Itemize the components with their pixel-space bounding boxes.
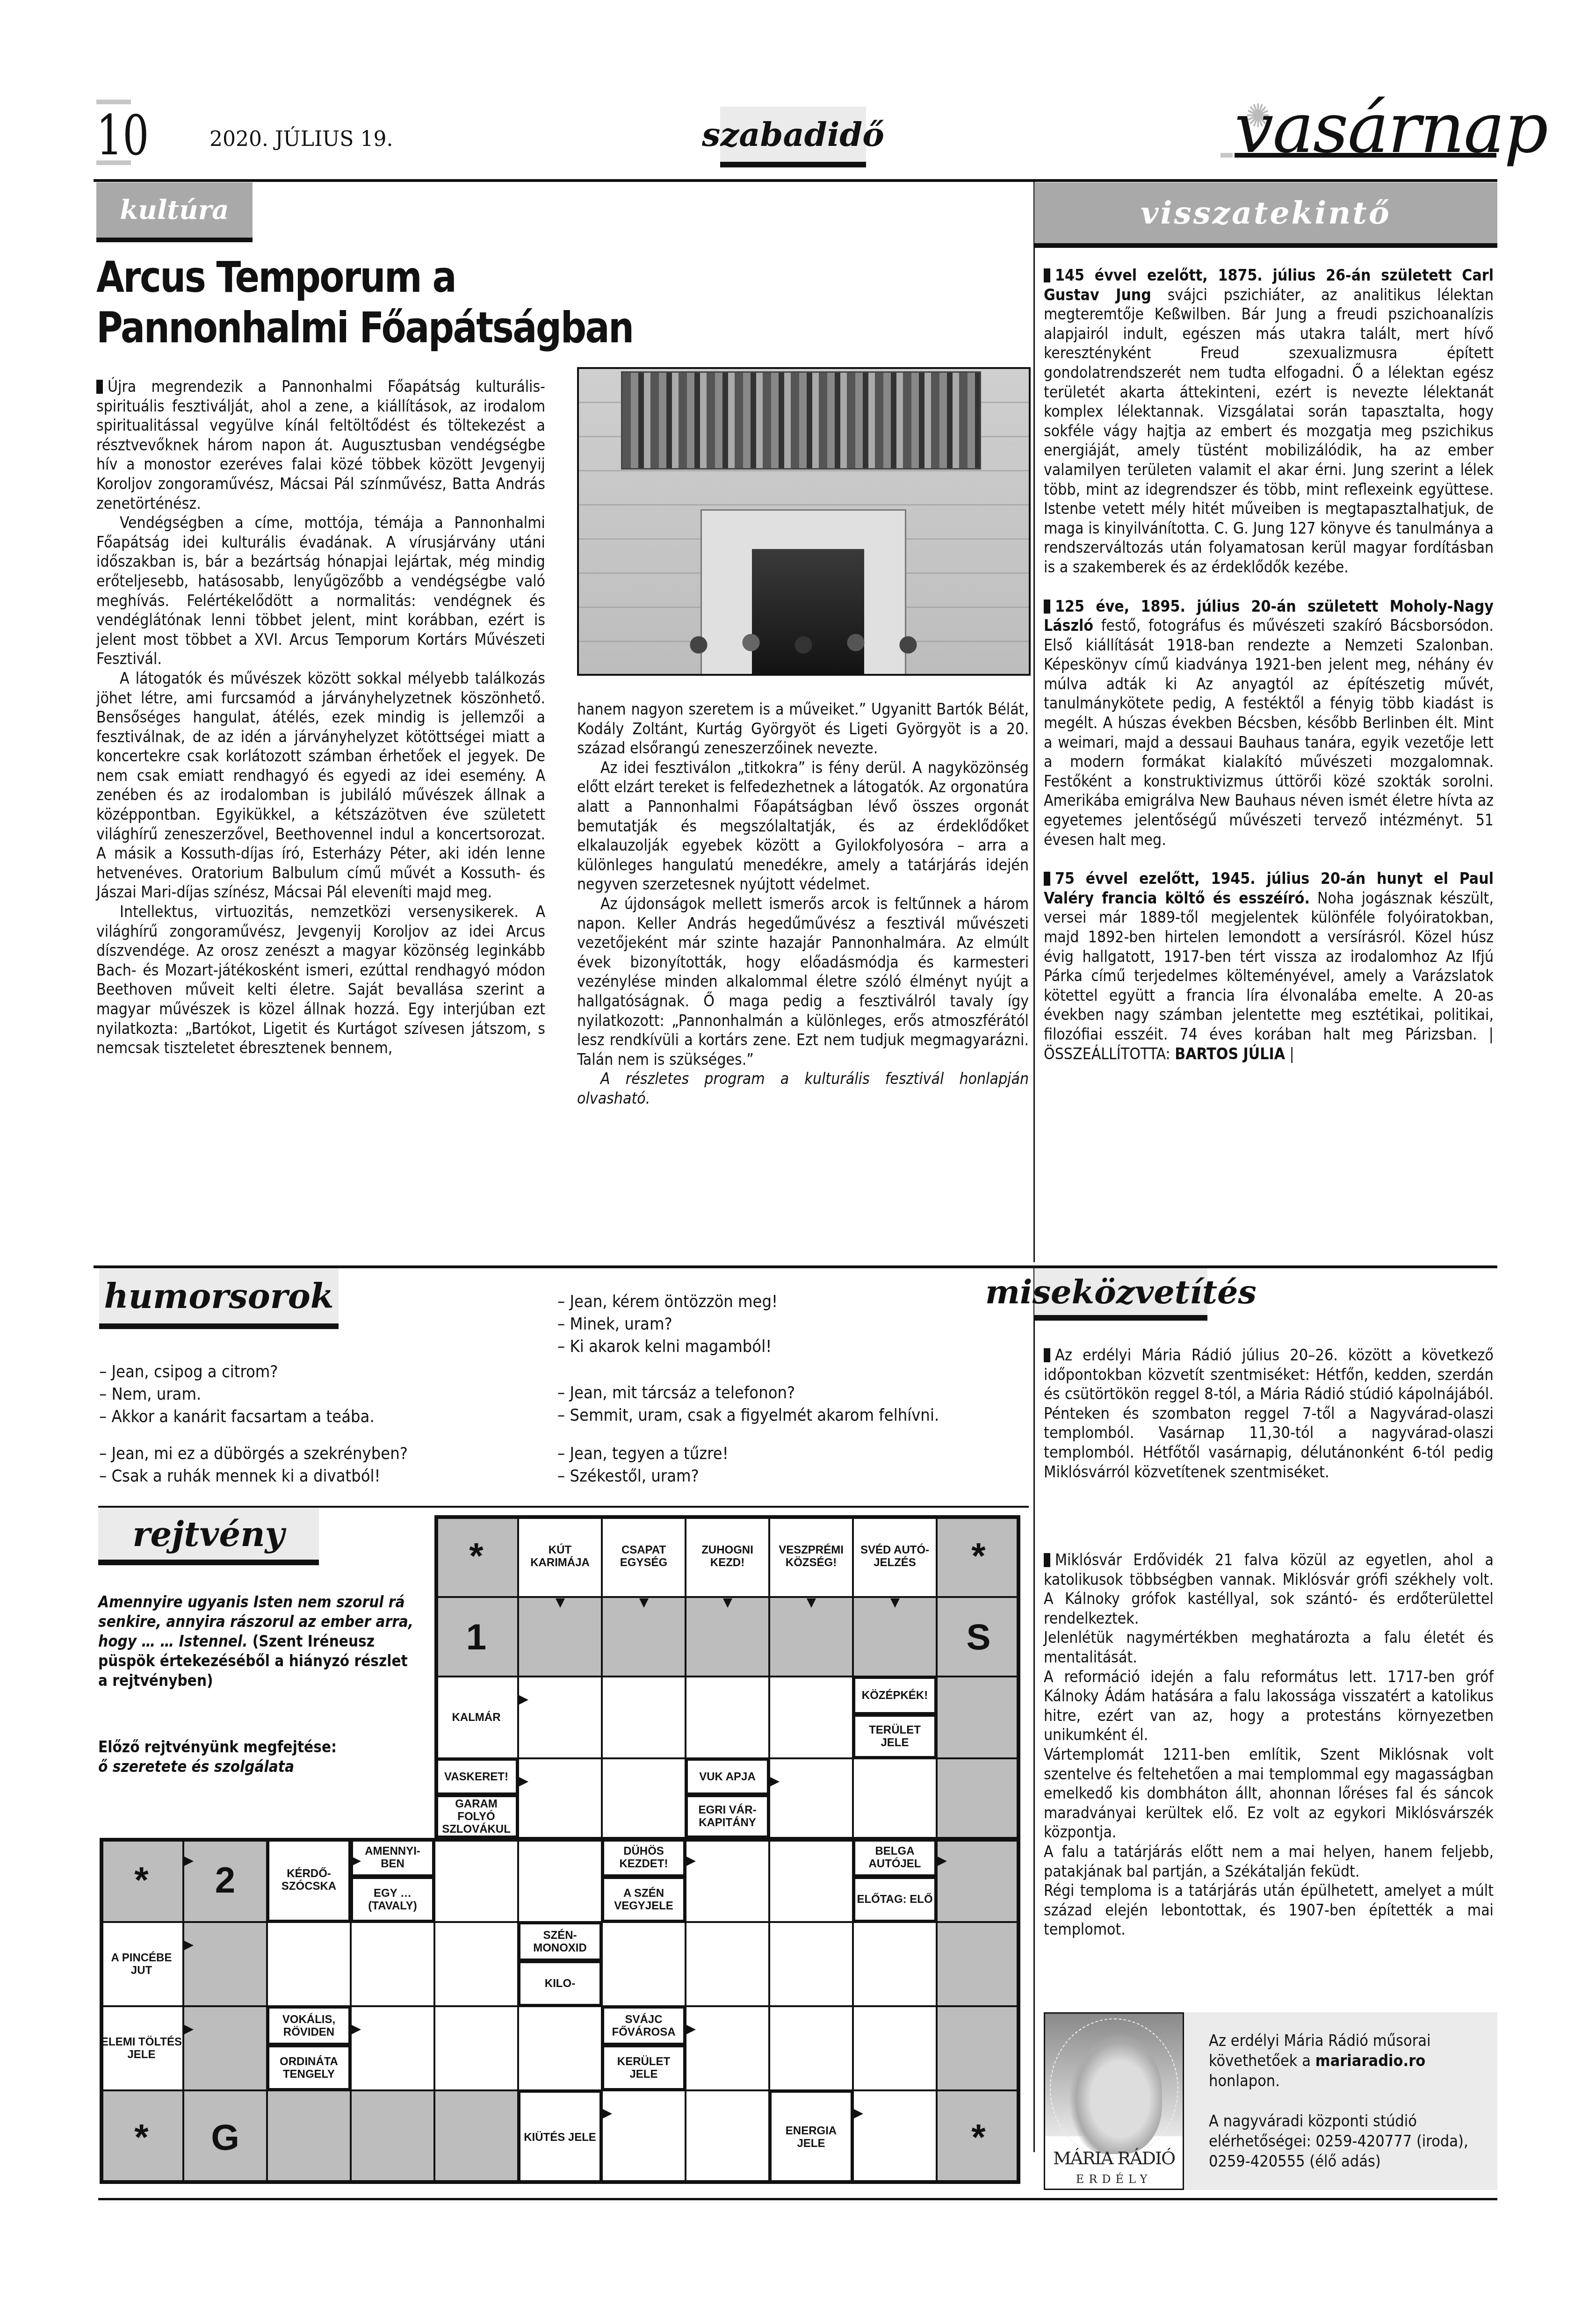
- visszatekinto-column: 145 évvel ezelőtt, 1875. július 26-án sz…: [1044, 266, 1494, 1063]
- arrow-right-icon: [519, 1695, 528, 1705]
- crossword-marker-cell: *: [100, 2090, 183, 2184]
- arrow-right-icon: [686, 2025, 696, 2034]
- miklosvar-paragraph: A reformáció idején a falu református le…: [1044, 1668, 1494, 1744]
- radio-text-part: honlapon.: [1209, 2072, 1280, 2090]
- joke-line: – Jean, kérem öntözzön meg!: [557, 1291, 778, 1313]
- crossword-cell[interactable]: [518, 1677, 602, 1758]
- crossword-cell[interactable]: [769, 1922, 853, 2006]
- crossword-cell[interactable]: [686, 1677, 769, 1758]
- puzzle-divider: [98, 1506, 1029, 1508]
- crossword-clue-cell: KÚT KARIMÁJA: [518, 1515, 602, 1597]
- crossword-cell[interactable]: [769, 1758, 853, 1838]
- crossword-marker-cell: *: [434, 1515, 518, 1597]
- crossword-cell[interactable]: [769, 1677, 853, 1758]
- crossword-marker-cell: *: [937, 2090, 1020, 2184]
- crossword-cell[interactable]: [267, 1922, 351, 2006]
- arrow-right-icon: [352, 1857, 361, 1866]
- crossword-clue-cell: VUK APJA: [686, 1758, 769, 1795]
- article-column-1: Újra megrendezik a Pannonhalmi Főapátság…: [96, 377, 545, 1058]
- crossword-cell[interactable]: [518, 2006, 602, 2090]
- joke-line: – Csak a ruhák mennek ki a divatból!: [99, 1465, 408, 1488]
- crossword-cell[interactable]: [434, 1838, 518, 1922]
- crossword-clue-cell: KALMÁR: [434, 1677, 518, 1758]
- arrow-right-icon: [854, 2109, 863, 2118]
- crossword-marker-cell: S: [937, 1597, 1020, 1677]
- joke-line: – Jean, mi ez a dübörgés a szekrényben?: [99, 1443, 408, 1465]
- mise-paragraph: Az erdélyi Mária Rádió július 20–26. köz…: [1044, 1346, 1494, 1482]
- crossword-cell[interactable]: [853, 1758, 937, 1838]
- crossword-clue-cell: KERÜLET JELE: [602, 2045, 686, 2090]
- crossword-cell[interactable]: [937, 2006, 1020, 2090]
- crossword-clue-cell: GARAM FOLYÓ SZLOVÁKUL: [434, 1795, 518, 1838]
- crossword-cell[interactable]: [434, 1922, 518, 2006]
- crossword-cell[interactable]: [937, 1922, 1020, 2006]
- crossword-cell[interactable]: [351, 2006, 434, 2090]
- joke-line: – Jean, mit tárcsáz a telefonon?: [557, 1382, 939, 1404]
- arrow-down-icon: [723, 1598, 732, 1608]
- crossword-cell[interactable]: [602, 1922, 686, 2006]
- brand-rule: [1235, 153, 1496, 158]
- paragraph-marker-icon: [1044, 872, 1050, 886]
- arrow-right-icon: [519, 1777, 528, 1786]
- miklosvar-text: Miklósvár Erdővidék 21 falva közül az eg…: [1044, 1550, 1494, 1939]
- crossword-clue-cell: VOKÁLIS, RÖVIDEN: [267, 2006, 351, 2045]
- author-name: BARTOS JÚLIA: [1175, 1045, 1285, 1063]
- radio-text: Az erdélyi Mária Rádió műsorai követhető…: [1209, 2031, 1489, 2172]
- arrow-right-icon: [184, 2025, 194, 2034]
- crossword-cell[interactable]: [267, 2090, 351, 2184]
- crossword-cell[interactable]: [769, 1597, 853, 1677]
- paragraph-marker-icon: [1044, 268, 1050, 282]
- crossword-clue-cell: VASKERET!: [434, 1758, 518, 1795]
- crossword-cell[interactable]: [686, 2006, 769, 2090]
- article-paragraph: Az újdonságok mellett ismerős arcok is f…: [577, 895, 1029, 1069]
- arrow-down-icon: [639, 1598, 649, 1608]
- crossword-grid: *KÚT KARIMÁJACSAPAT EGYSÉGZUHOGNI KEZD!V…: [100, 1515, 1021, 2186]
- crossword-marker-cell: *: [100, 1838, 183, 1922]
- article-headline: Arcus Temporum a Pannonhalmi Főapátságba…: [96, 253, 700, 354]
- crossword-clue-cell: DÜHÖS KEZDET!: [602, 1838, 686, 1877]
- joke: – Jean, mi ez a dübörgés a szekrényben? …: [99, 1443, 408, 1488]
- humor-title: humorsorok: [99, 1268, 339, 1329]
- article-column-2: hanem nagyon szeretem is a műveiket.” Ug…: [577, 700, 1029, 1108]
- maria-radio-logo: MÁRIA RÁDIÓ ERDÉLY: [1044, 2012, 1184, 2190]
- crossword-cell[interactable]: [518, 1758, 602, 1838]
- crossword-cell[interactable]: [183, 1922, 267, 2006]
- crossword-cell[interactable]: [853, 1922, 937, 2006]
- visszatekinto-title: visszatekintő: [1034, 182, 1497, 248]
- crossword-clue-cell: KÉRDŐ-SZÓCSKA: [267, 1838, 351, 1922]
- madonna-image: [1069, 2032, 1162, 2154]
- joke: – Jean, csipog a citrom? – Nem, uram. – …: [99, 1361, 375, 1428]
- crossword-marker-cell: G: [183, 2090, 267, 2184]
- crossword-clue-cell: SVÁJC FŐVÁROSA: [602, 2006, 686, 2045]
- header-divider: [94, 179, 1497, 182]
- arrow-right-icon: [938, 1857, 947, 1866]
- logo-title: MÁRIA RÁDIÓ: [1045, 2149, 1183, 2167]
- visitors: [672, 631, 934, 676]
- crossword-clue-cell: CSAPAT EGYSÉG: [602, 1515, 686, 1597]
- joke-line: – Jean, tegyen a tűzre!: [557, 1443, 729, 1465]
- page-number-bar-bottom: [96, 160, 131, 165]
- radio-contact: A nagyváradi központi stúdió elérhetőség…: [1209, 2112, 1468, 2171]
- crossword-clue-cell: SVÉD AUTÓ-JELZÉS: [853, 1515, 937, 1597]
- item-text: svájci pszichiáter, az analitikus lélekt…: [1044, 286, 1494, 576]
- crossword-cell[interactable]: [686, 1838, 769, 1922]
- crossword-marker-cell: *: [937, 1515, 1020, 1597]
- arrow-down-icon: [807, 1598, 816, 1608]
- crossword-cell[interactable]: [686, 1597, 769, 1677]
- crossword-cell[interactable]: [351, 2090, 434, 2184]
- arrow-right-icon: [603, 2109, 612, 2118]
- item-end: |: [1285, 1045, 1294, 1063]
- joke-line: – Ki akarok kelni magamból!: [557, 1336, 778, 1358]
- crossword-clue-cell: A SZÉN VEGYJELE: [602, 1877, 686, 1922]
- mise-text: Az erdélyi Mária Rádió július 20–26. köz…: [1044, 1346, 1494, 1482]
- radio-website-link[interactable]: mariaradio.ro: [1315, 2052, 1426, 2070]
- logo-subtitle: ERDÉLY: [1045, 2173, 1183, 2186]
- category-label: kultúra: [96, 182, 253, 242]
- crossword-clue-cell: ZUHOGNI KEZD!: [686, 1515, 769, 1597]
- paragraph-marker-icon: [1044, 1348, 1050, 1362]
- miklosvar-paragraph: Miklósvár Erdővidék 21 falva közül az eg…: [1044, 1551, 1494, 1627]
- crossword-cell[interactable]: [853, 1597, 937, 1677]
- crossword-clue-cell: BELGA AUTÓJEL: [853, 1838, 937, 1877]
- crossword-cell[interactable]: [769, 1838, 853, 1922]
- crossword-cell[interactable]: [937, 1838, 1020, 1922]
- issue-date: 2020. JÚLIUS 19.: [209, 127, 393, 151]
- joke-line: – Akkor a kanárit facsartam a teába.: [99, 1406, 375, 1428]
- crossword-cell[interactable]: [434, 2090, 518, 2184]
- miklosvar-paragraph: Jelenlétük nagymértékben meghatározta a …: [1044, 1628, 1494, 1666]
- arrow-right-icon: [770, 1777, 780, 1786]
- crossword-cell[interactable]: [602, 1597, 686, 1677]
- crossword-marker-cell: 2: [183, 1838, 267, 1922]
- column-divider-lower: [1033, 1268, 1035, 2152]
- crossword-cell[interactable]: [853, 2006, 937, 2090]
- crossword-clue-cell: KILO-: [518, 1961, 602, 2006]
- column-divider: [1033, 182, 1035, 1262]
- crossword-marker-cell: 1: [434, 1597, 518, 1677]
- joke-line: – Jean, csipog a citrom?: [99, 1361, 375, 1383]
- crossword-clue-cell: ELEMI TÖLTÉS JELE: [100, 2006, 183, 2090]
- crossword-clue-cell: TERÜLET JELE: [853, 1714, 937, 1758]
- crossword-cell[interactable]: [518, 1597, 602, 1677]
- article-paragraph: Az idei fesztiválon „titkokra” is fény d…: [577, 759, 1029, 894]
- arrow-right-icon: [352, 2025, 361, 2034]
- crossword-cell[interactable]: [937, 1677, 1020, 1758]
- article-paragraph: Vendégségben a címe, mottója, témája a P…: [96, 513, 545, 668]
- article-paragraph: Intellektus, virtuozitás, nemzetközi ver…: [96, 903, 545, 1057]
- paragraph-marker-icon: [96, 380, 103, 394]
- crossword-clue-cell: KÖZÉPKÉK!: [853, 1677, 937, 1714]
- crossword-cell[interactable]: [769, 2006, 853, 2090]
- crossword-cell[interactable]: [183, 2006, 267, 2090]
- arrow-down-icon: [890, 1598, 900, 1608]
- crossword-cell[interactable]: [937, 1758, 1020, 1838]
- crossword-clue-cell: AMENNYI-BEN: [351, 1838, 434, 1877]
- crossword-clue-cell: ORDINÁTA TENGELY: [267, 2045, 351, 2090]
- crossword-clue-cell: KIÜTÉS JELE: [518, 2090, 602, 2184]
- paragraph-marker-icon: [1044, 1553, 1050, 1567]
- article-paragraph: A látogatók és művészek között sokkal mé…: [96, 669, 545, 902]
- article-closing-note: A részletes program a kulturális fesztiv…: [577, 1070, 1029, 1107]
- article-paragraph: Újra megrendezik a Pannonhalmi Főapátság…: [96, 377, 545, 513]
- crossword-clue-cell: VESZPRÉMI KÖZSÉG!: [769, 1515, 853, 1597]
- joke-line: – Minek, uram?: [557, 1313, 778, 1336]
- crossword-clue-cell: EGY … (TAVALY): [351, 1877, 434, 1922]
- crossword-clue-cell: A PINCÉBE JUT: [100, 1922, 183, 2006]
- item-text: Noha jogásznak készült, versei már 1889-…: [1044, 889, 1494, 1063]
- arrow-right-icon: [184, 1857, 194, 1866]
- mosaic-frieze: [621, 371, 981, 470]
- crossword-clue-cell: SZÉN-MONOXID: [518, 1922, 602, 1961]
- arrow-down-icon: [556, 1598, 565, 1608]
- arrow-right-icon: [686, 1857, 696, 1866]
- crossword-cell[interactable]: [853, 2090, 937, 2184]
- miklosvar-paragraph: A falu a tatárjárás előtt nem a mai hely…: [1044, 1843, 1494, 1880]
- section-title: szabadidő: [720, 107, 866, 167]
- brand-rule-accent: [1220, 153, 1233, 158]
- joke-line: – Semmit, uram, csak a figyelmét akarom …: [557, 1404, 939, 1427]
- crossword-cell[interactable]: [686, 2090, 769, 2184]
- joke: – Jean, kérem öntözzön meg! – Minek, ura…: [557, 1291, 778, 1358]
- joke-line: – Székestől, uram?: [557, 1465, 729, 1488]
- crossword-clue-cell: ELŐTAG: ELŐ: [853, 1877, 937, 1922]
- abbey-photo: [577, 367, 1031, 676]
- miklosvar-paragraph: Régi temploma is a tatárjárás után épülh…: [1044, 1881, 1494, 1938]
- crossword-clue-cell: ENERGIA JELE: [769, 2090, 853, 2184]
- crossword-cell[interactable]: [602, 1758, 686, 1838]
- article-paragraph: hanem nagyon szeretem is a műveiket.” Ug…: [577, 700, 1029, 757]
- footer-rule: [98, 2198, 1497, 2200]
- page-number: 10: [96, 108, 149, 163]
- crossword-clue-cell: EGRI VÁR-KAPITÁNY: [686, 1795, 769, 1838]
- crossword-cell[interactable]: [602, 1677, 686, 1758]
- miklosvar-paragraph: Vártemplomát 1211-ben említik, Szent Mik…: [1044, 1745, 1494, 1841]
- joke-line: – Nem, uram.: [99, 1383, 375, 1406]
- joke: – Jean, tegyen a tűzre! – Székestől, ura…: [557, 1443, 729, 1488]
- brand-logo: vasárnap: [1235, 94, 1547, 163]
- crossword-cell[interactable]: [351, 1922, 434, 2006]
- crossword-cell[interactable]: [518, 1838, 602, 1922]
- crossword-cell[interactable]: [686, 1922, 769, 2006]
- item-text: festő, fotográfus és művészeti szakíró B…: [1044, 616, 1494, 849]
- crossword-cell[interactable]: [434, 2006, 518, 2090]
- crossword-cell[interactable]: [602, 2090, 686, 2184]
- paragraph-marker-icon: [1044, 600, 1050, 614]
- arrow-right-icon: [184, 1941, 194, 1950]
- mise-title: miseközvetítés: [1034, 1268, 1207, 1321]
- joke: – Jean, mit tárcsáz a telefonon? – Semmi…: [557, 1382, 939, 1427]
